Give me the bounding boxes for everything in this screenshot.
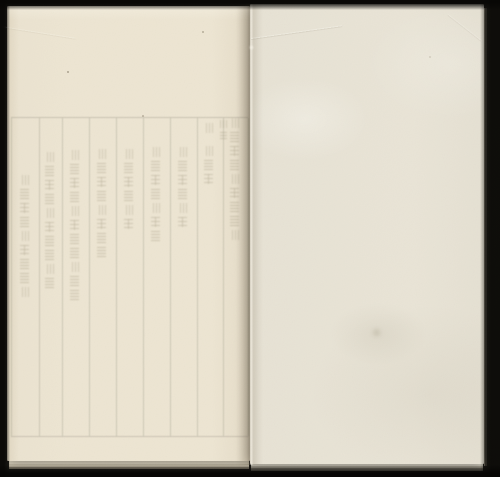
bleedthrough-rule-line — [223, 118, 224, 436]
bleedthrough-rule-line — [170, 118, 171, 436]
page-edge-bottom-left — [9, 461, 249, 469]
right-page — [250, 4, 484, 464]
bleedthrough-frame — [11, 117, 248, 437]
bleedthrough-rule-line — [89, 118, 90, 436]
bleedthrough-rule-line — [11, 118, 12, 436]
bleedthrough-rule-line — [39, 118, 40, 436]
photo-background — [0, 0, 500, 477]
left-page — [7, 6, 250, 461]
bleedthrough-rule-line — [62, 118, 63, 436]
bleedthrough-rule-line — [116, 118, 117, 436]
bleedthrough-rule-line — [248, 118, 249, 436]
bleedthrough-rule-line — [197, 118, 198, 436]
page-edge-bottom-right — [251, 464, 483, 471]
page-fore-edge — [484, 8, 487, 466]
bleedthrough-rule-line — [143, 118, 144, 436]
